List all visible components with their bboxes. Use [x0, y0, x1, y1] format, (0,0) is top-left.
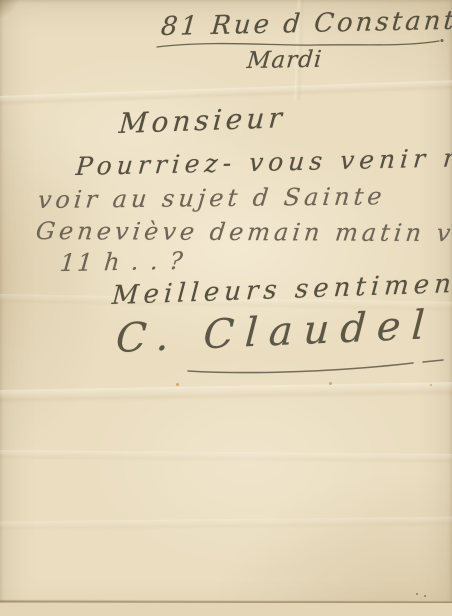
body-line: Geneviève demain matin vers — [34, 217, 452, 247]
foxing-spot — [416, 593, 418, 595]
body-line: voir au sujet d Sainte — [37, 182, 387, 214]
foxing-spot — [430, 384, 432, 386]
foxing-spot — [424, 595, 426, 597]
day-line: Mardi — [246, 47, 324, 74]
salutation-line: Monsieur — [118, 101, 287, 140]
body-line: 11 h . . ? — [59, 247, 186, 277]
foxing-spot — [176, 383, 179, 386]
paper-below-edge — [0, 603, 452, 616]
body-line: Pourriez- vous venir me — [75, 143, 452, 181]
paper-crease — [0, 516, 452, 531]
signature-underline-stroke — [185, 354, 450, 378]
letter-page: 81 Rue d Constantin Mardi Monsieur Pourr… — [0, 0, 452, 616]
paper-crease — [0, 450, 452, 464]
foxing-spot — [329, 382, 332, 385]
paper-corner-shadow — [0, 0, 20, 20]
paper-crease — [0, 382, 452, 404]
